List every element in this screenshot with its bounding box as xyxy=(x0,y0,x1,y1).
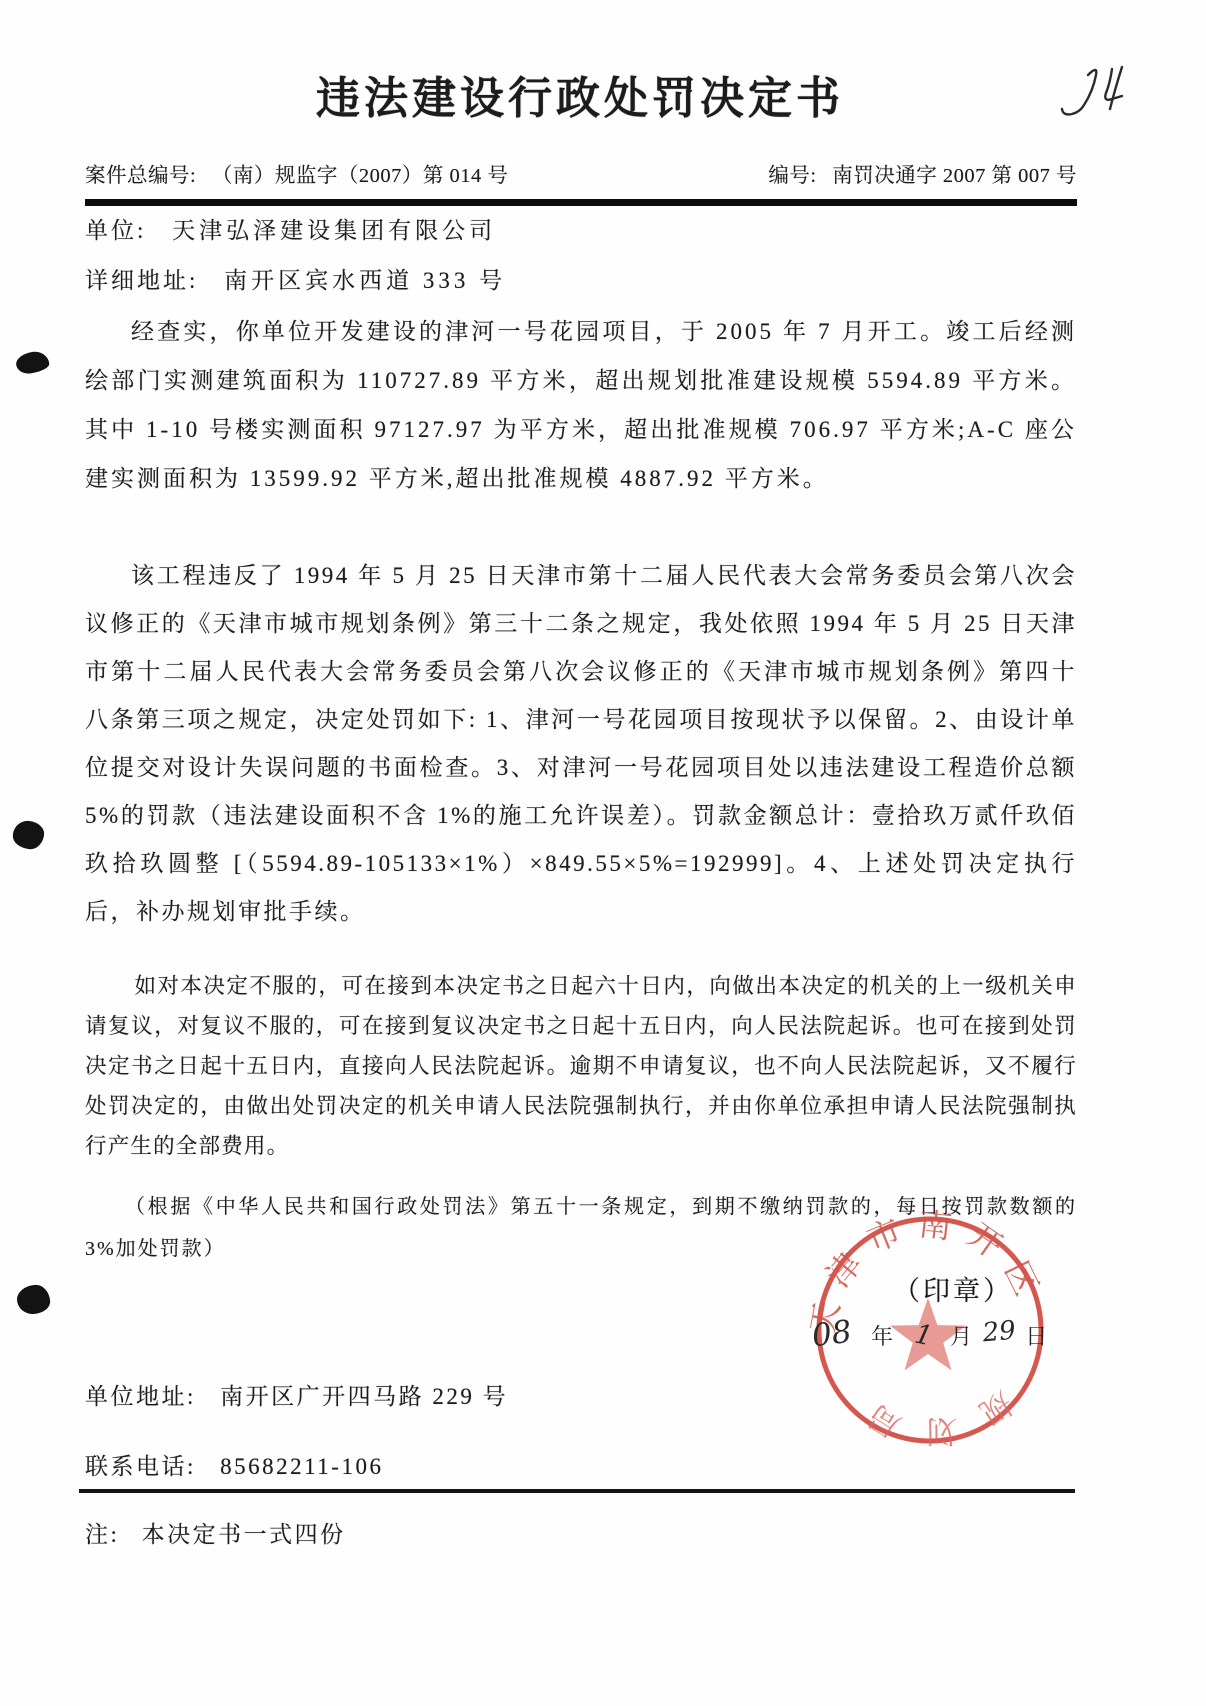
case-number-line: 案件总编号: （南）规监字（2007）第 014 号 xyxy=(85,158,508,188)
case-number-value: （南）规监字（2007）第 014 号 xyxy=(212,165,509,187)
date-month-handwritten: 1 xyxy=(912,1319,935,1353)
seal-placeholder-text: （印章） xyxy=(893,1269,1053,1308)
date-month-label: 月 xyxy=(950,1324,973,1349)
phone-value: 85682211-106 xyxy=(220,1454,383,1479)
footer-phone-line: 联系电话: 85682211-106 xyxy=(85,1448,383,1481)
stamp-arc-text-bottom: 规划局 xyxy=(843,1385,1018,1449)
unit-label: 单位: xyxy=(85,218,146,243)
handwritten-page-number xyxy=(1050,55,1160,135)
doc-number-label: 编号: xyxy=(768,165,816,187)
address-value: 南开区宾水西道 333 号 xyxy=(224,268,506,293)
header-number-row: 案件总编号: （南）规监字（2007）第 014 号 编号: 南罚决通字 200… xyxy=(85,158,1077,188)
note-value: 本决定书一式四份 xyxy=(142,1522,346,1547)
body-paragraph-appeal-rights: 如对本决定不服的，可在接到本决定书之日起六十日内，向做出本决定的机关的上一级机关… xyxy=(85,966,1077,1166)
doc-number-value: 南罚决通字 2007 第 007 号 xyxy=(832,165,1077,187)
body-paragraph-decision: 该工程违反了 1994 年 5 月 25 日天津市第十二届人民代表大会常务委员会… xyxy=(85,552,1077,936)
date-day-handwritten: 29 xyxy=(981,1316,1017,1349)
body-paragraph-findings: 经查实，你单位开发建设的津河一号花园项目，于 2005 年 7 月开工。竣工后经… xyxy=(85,307,1077,503)
date-year-label: 年 xyxy=(871,1324,894,1349)
document-title: 违法建设行政处罚决定书 xyxy=(85,62,1075,126)
ink-blob-artifact-bottom xyxy=(16,1284,51,1315)
date-day-label: 日 xyxy=(1025,1324,1048,1349)
handwriting-54-strokes xyxy=(1050,55,1160,135)
doc-number-line: 编号: 南罚决通字 2007 第 007 号 xyxy=(768,158,1077,188)
address-label: 详细地址: xyxy=(85,268,198,293)
phone-label: 联系电话: xyxy=(85,1454,196,1479)
recipient-address-line: 详细地址: 南开区宾水西道 333 号 xyxy=(85,262,506,295)
scanned-penalty-decision-document: 违法建设行政处罚决定书 案件总编号: （南）规监字（2007）第 014 号 编… xyxy=(0,0,1206,1706)
case-number-label: 案件总编号: xyxy=(85,165,196,187)
unit-value: 天津弘泽建设集团有限公司 xyxy=(172,218,496,243)
footer-divider-rule xyxy=(79,1489,1075,1493)
footer-office-address-line: 单位地址: 南开区广开四马路 229 号 xyxy=(85,1378,508,1411)
date-year-handwritten: 08 xyxy=(810,1314,854,1355)
recipient-unit-line: 单位: 天津弘泽建设集团有限公司 xyxy=(85,212,496,245)
footer-note-line: 注: 本决定书一式四份 xyxy=(85,1516,346,1549)
svg-text:规划局: 规划局 xyxy=(843,1385,1018,1449)
header-divider-rule xyxy=(85,199,1077,206)
office-address-value: 南开区广开四马路 229 号 xyxy=(220,1384,508,1409)
ink-blob-artifact-top xyxy=(15,350,51,375)
stamp-date-line: 08 年 1 月 29 日 xyxy=(812,1316,1052,1352)
ink-blob-artifact-middle xyxy=(12,819,46,850)
note-label: 注: xyxy=(85,1522,119,1547)
office-address-label: 单位地址: xyxy=(85,1384,196,1409)
